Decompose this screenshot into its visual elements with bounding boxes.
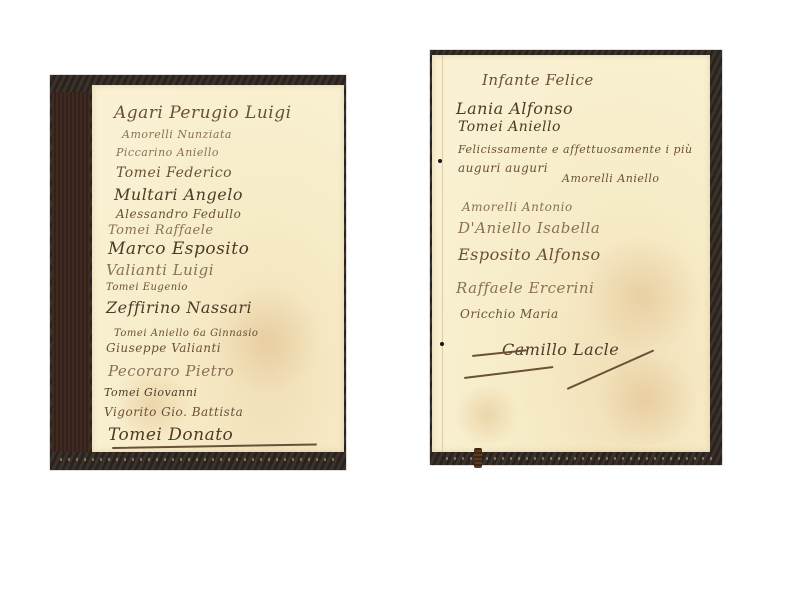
entry-17: Tomei Donato <box>108 425 233 445</box>
entry-10: Oricchio Maria <box>460 307 559 321</box>
left-book-spine <box>52 92 90 452</box>
entry-1: Agari Perugio Luigi <box>114 103 292 123</box>
entry-1: Lania Alfonso <box>456 99 573 118</box>
entry-12: Tomei Aniello 6a Ginnasio <box>114 328 258 339</box>
entry-4: Tomei Federico <box>116 165 232 181</box>
entry-16: Vigorito Gio. Battista <box>104 405 243 419</box>
entry-2: Amorelli Nunziata <box>122 128 232 141</box>
entry-9: Raffaele Ercerini <box>456 279 594 297</box>
entry-8: Marco Esposito <box>108 239 249 259</box>
entry-7: D'Aniello Isabella <box>458 219 600 237</box>
entry-2: Tomei Aniello <box>458 119 561 135</box>
entry-9: Valianti Luigi <box>106 261 214 279</box>
entry-10: Tomei Eugenio <box>106 282 188 293</box>
binding-hole <box>440 342 444 346</box>
entry-6: Amorelli Antonio <box>462 200 573 214</box>
entry-3: Piccarino Aniello <box>116 146 219 159</box>
entry-8: Esposito Alfonso <box>458 245 601 264</box>
bookmark-tassel <box>474 448 482 468</box>
entry-3: Felicissamente e affettuosamente i più <box>458 143 693 156</box>
entry-5: Amorelli Aniello <box>562 172 660 185</box>
heading: Infante Felice <box>482 71 594 89</box>
signature-swash-low <box>464 366 554 378</box>
entry-4: auguri auguri <box>458 161 548 175</box>
entry-11: Zeffirino Nassari <box>106 298 252 317</box>
binding-hole <box>438 159 442 163</box>
page-fold <box>442 55 443 452</box>
entry-5: Multari Angelo <box>114 185 243 204</box>
left-page: Agari Perugio Luigi Amorelli Nunziata Pi… <box>92 85 344 452</box>
entry-13: Giuseppe Valianti <box>106 341 221 355</box>
entry-14: Pecoraro Pietro <box>108 362 234 380</box>
left-book-stitching <box>54 458 340 461</box>
entry-15: Tomei Giovanni <box>104 386 197 399</box>
stain <box>452 385 522 445</box>
right-page: Infante Felice Lania Alfonso Tomei Aniel… <box>432 55 710 452</box>
entry-6: Alessandro Fedullo <box>116 207 241 221</box>
entry-7: Tomei Raffaele <box>108 223 214 238</box>
